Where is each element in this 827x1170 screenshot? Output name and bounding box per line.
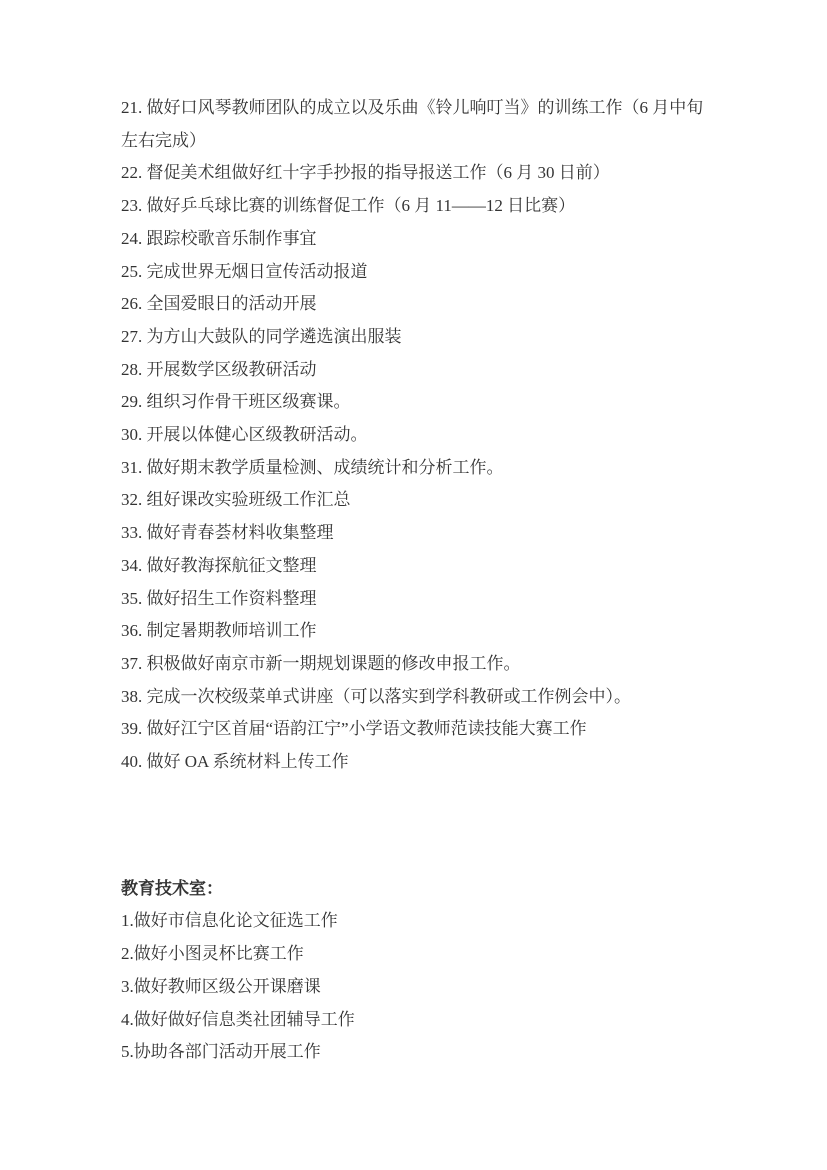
work-items-list-21-40: 21. 做好口风琴教师团队的成立以及乐曲《铃儿响叮当》的训练工作（6 月中旬左右… [121, 92, 707, 779]
list-item: 23. 做好乒乓球比赛的训练督促工作（6 月 11——12 日比赛） [121, 190, 707, 223]
list-item: 24. 跟踪校歌音乐制作事宜 [121, 223, 707, 256]
list-item: 32. 组好课改实验班级工作汇总 [121, 484, 707, 517]
list-item: 3.做好教师区级公开课磨课 [121, 971, 707, 1004]
list-item: 28. 开展数学区级教研活动 [121, 354, 707, 387]
section-heading-education-technology-office: 教育技术室： [121, 873, 707, 906]
list-item: 31. 做好期末教学质量检测、成绩统计和分析工作。 [121, 452, 707, 485]
list-item: 29. 组织习作骨干班区级赛课。 [121, 386, 707, 419]
list-item: 26. 全国爱眼日的活动开展 [121, 288, 707, 321]
list-item: 37. 积极做好南京市新一期规划课题的修改申报工作。 [121, 648, 707, 681]
list-item: 36. 制定暑期教师培训工作 [121, 615, 707, 648]
list-item: 40. 做好 OA 系统材料上传工作 [121, 746, 707, 779]
list-item: 27. 为方山大鼓队的同学遴选演出服装 [121, 321, 707, 354]
list-item: 4.做好做好信息类社团辅导工作 [121, 1004, 707, 1037]
list-item: 2.做好小图灵杯比赛工作 [121, 938, 707, 971]
list-item: 34. 做好教海探航征文整理 [121, 550, 707, 583]
list-item: 33. 做好青春荟材料收集整理 [121, 517, 707, 550]
list-item: 21. 做好口风琴教师团队的成立以及乐曲《铃儿响叮当》的训练工作（6 月中旬左右… [121, 92, 707, 157]
work-items-list-tech-office: 1.做好市信息化论文征选工作2.做好小图灵杯比赛工作3.做好教师区级公开课磨课4… [121, 905, 707, 1069]
list-item: 30. 开展以体健心区级教研活动。 [121, 419, 707, 452]
list-item: 35. 做好招生工作资料整理 [121, 583, 707, 616]
list-item: 5.协助各部门活动开展工作 [121, 1036, 707, 1069]
list-item: 1.做好市信息化论文征选工作 [121, 905, 707, 938]
list-item: 38. 完成一次校级菜单式讲座（可以落实到学科教研或工作例会中）。 [121, 681, 707, 714]
document-content: 21. 做好口风琴教师团队的成立以及乐曲《铃儿响叮当》的训练工作（6 月中旬左右… [121, 92, 707, 1069]
list-item: 39. 做好江宁区首届“语韵江宁”小学语文教师范读技能大赛工作 [121, 713, 707, 746]
list-item: 22. 督促美术组做好红十字手抄报的指导报送工作（6 月 30 日前） [121, 157, 707, 190]
section-gap [121, 779, 707, 873]
list-item: 25. 完成世界无烟日宣传活动报道 [121, 256, 707, 289]
